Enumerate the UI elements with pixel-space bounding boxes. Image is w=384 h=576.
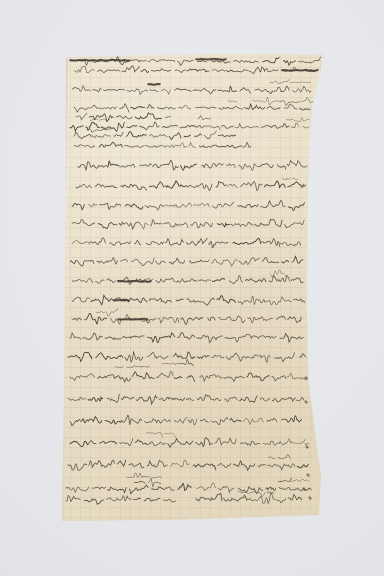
sheet-stack bbox=[60, 50, 328, 528]
handwriting-svg bbox=[60, 50, 328, 528]
handwriting-lines bbox=[66, 57, 320, 504]
photo-background bbox=[0, 0, 384, 576]
interline-additions bbox=[90, 79, 317, 496]
manuscript-sheet bbox=[60, 50, 328, 528]
